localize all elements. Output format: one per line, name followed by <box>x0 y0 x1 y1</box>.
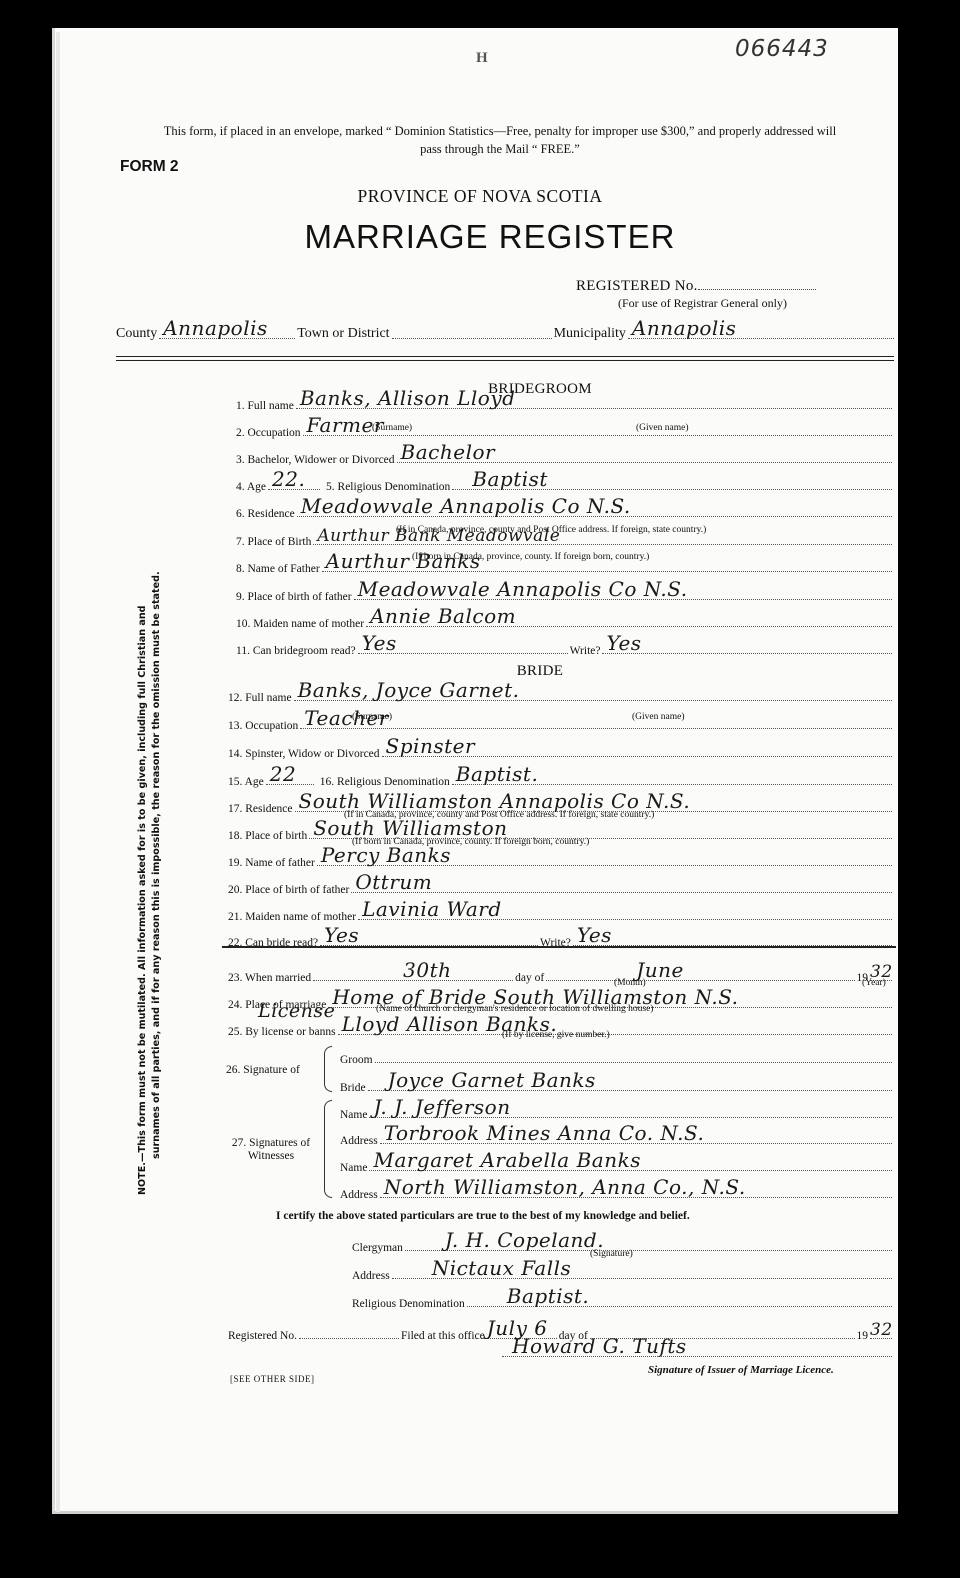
witness-1-address-field: Torbrook Mines Anna Co. N.S. <box>380 1143 892 1144</box>
issuer-signature-label: Signature of Issuer of Marriage Licence. <box>648 1364 834 1376</box>
groom-residence-label: 6. Residence <box>236 508 295 520</box>
municipality-field: Annapolis <box>628 338 894 339</box>
bride-birthplace-label: 18. Place of birth <box>228 830 307 842</box>
signature-hint: (Signature) <box>590 1249 633 1259</box>
clergyman-label: Clergyman <box>352 1242 403 1254</box>
bride-age-field: 22 <box>266 784 314 785</box>
groom-full-name-row: 1. Full name Banks, Allison Lloyd <box>236 400 894 412</box>
bride-status-value: Spinster <box>386 734 475 758</box>
witness-2-name-label: Name <box>340 1162 367 1174</box>
bride-residence-label: 17. Residence <box>228 803 293 815</box>
groom-mother-row: 10. Maiden name of mother Annie Balcom <box>236 618 894 630</box>
side-note: NOTE.—This form must not be mutilated. A… <box>136 570 164 1195</box>
province-heading: PROVINCE OF NOVA SCOTIA <box>200 186 760 207</box>
groom-status-label: 3. Bachelor, Widower or Divorced <box>236 454 395 466</box>
groom-father-label: 8. Name of Father <box>236 563 320 575</box>
groom-religion-value: Baptist <box>472 467 548 491</box>
witness-1-address-value: Torbrook Mines Anna Co. N.S. <box>384 1121 705 1145</box>
clergyman-address-label: Address <box>352 1270 390 1282</box>
filed-label: Filed at this office <box>401 1330 485 1342</box>
registered-number-field: REGISTERED No. <box>576 278 816 295</box>
bride-full-name-value: Banks, Joyce Garnet. <box>298 678 520 702</box>
groom-status-field: Bachelor <box>397 462 892 463</box>
bride-religion-label: 16. Religious Denomination <box>320 776 450 788</box>
groom-father-birthplace-row: 9. Place of birth of father Meadowvale A… <box>236 591 894 603</box>
groom-father-value: Aurthur Banks <box>326 549 481 573</box>
clergyman-address-field: Nictaux Falls <box>392 1278 892 1279</box>
groom-father-birthplace-value: Meadowvale Annapolis Co N.S. <box>358 577 688 601</box>
county-value: Annapolis <box>163 316 268 340</box>
witness-2-address-label: Address <box>340 1189 378 1201</box>
bride-occupation-field: Teacher <box>300 728 892 729</box>
witness-2-name-value: Margaret Arabella Banks <box>373 1148 641 1172</box>
groom-father-birthplace-label: 9. Place of birth of father <box>236 591 352 603</box>
year-hint: (Year) <box>862 978 886 988</box>
page-mark: H <box>476 50 488 67</box>
groom-occupation-label: 2. Occupation <box>236 427 301 439</box>
issuer-signature-field: Howard G. Tufts <box>502 1356 892 1357</box>
groom-father-field: Aurthur Banks <box>322 571 892 572</box>
clergyman-address-row: Address Nictaux Falls <box>352 1270 894 1282</box>
groom-age-value: 22. <box>272 467 305 491</box>
groom-full-name-label: 1. Full name <box>236 400 294 412</box>
bride-mother-row: 21. Maiden name of mother Lavinia Ward <box>228 911 894 923</box>
bride-mother-label: 21. Maiden name of mother <box>228 911 356 923</box>
municipality-value: Annapolis <box>632 316 737 340</box>
bride-signature-label: Bride <box>340 1082 366 1094</box>
municipality-label: Municipality <box>554 326 626 342</box>
town-label: Town or District <box>297 326 389 342</box>
bride-mother-field: Lavinia Ward <box>358 919 892 920</box>
bride-full-name-label: 12. Full name <box>228 692 292 704</box>
bride-age-label: 15. Age <box>228 776 264 788</box>
groom-read-value: Yes <box>362 631 397 655</box>
clergyman-denomination-label: Religious Denomination <box>352 1298 465 1310</box>
groom-mother-field: Annie Balcom <box>366 626 892 627</box>
marriage-day-field: 30th <box>313 980 513 981</box>
witnesses-label: 27. Signatures of Witnesses <box>226 1137 316 1163</box>
bride-father-label: 19. Name of father <box>228 857 315 869</box>
clergyman-denomination-field: Baptist. <box>467 1306 892 1307</box>
witness-1-address-label: Address <box>340 1135 378 1147</box>
bride-father-birthplace-row: 20. Place of birth of father Ottrum <box>228 884 894 896</box>
mail-notice: This form, if placed in an envelope, mar… <box>160 122 840 158</box>
filing-registered-no-label: Registered No. <box>228 1330 297 1342</box>
bride-father-row: 19. Name of father Percy Banks <box>228 857 894 869</box>
witness-1-name-label: Name <box>340 1109 367 1121</box>
clergyman-field: J. H. Copeland. <box>405 1250 892 1251</box>
bride-full-name-row: 12. Full name Banks, Joyce Garnet. <box>228 692 894 704</box>
groom-father-row: 8. Name of Father Aurthur Banks <box>236 563 894 575</box>
groom-birthplace-field: Aurthur Bank Meadowvale <box>313 544 892 545</box>
page-stack-edge <box>56 32 60 1512</box>
bride-father-birthplace-label: 20. Place of birth of father <box>228 884 349 896</box>
bride-father-birthplace-field: Ottrum <box>351 892 892 893</box>
groom-age-field: 22. <box>268 489 320 490</box>
groom-father-birthplace-field: Meadowvale Annapolis Co N.S. <box>354 599 892 600</box>
bride-section-divider <box>222 946 896 948</box>
groom-literacy-row: 11. Can bridegroom read? Yes Write? Yes <box>236 645 894 657</box>
bride-signature-field: Joyce Garnet Banks <box>368 1090 892 1091</box>
groom-age-religion-row: 4. Age 22. 5. Religious Denomination Bap… <box>236 481 894 493</box>
groom-read-label: 11. Can bridegroom read? <box>236 645 356 657</box>
bride-status-field: Spinster <box>382 756 892 757</box>
license-label: 25. By license or banns <box>228 1026 336 1038</box>
town-field <box>392 338 552 339</box>
marriage-month-field: June <box>546 980 854 981</box>
marriage-day-value: 30th <box>403 958 451 982</box>
filed-year-value: 32 <box>870 1320 893 1340</box>
certification-statement: I certify the above stated particulars a… <box>276 1210 690 1222</box>
groom-write-value: Yes <box>606 631 641 655</box>
clergyman-value: J. H. Copeland. <box>445 1228 604 1252</box>
groom-birthplace-row: 7. Place of Birth Aurthur Bank Meadowval… <box>236 536 894 548</box>
groom-write-field: Yes <box>602 653 892 654</box>
witnesses-label-line-1: 27. Signatures of <box>226 1137 316 1150</box>
filing-registered-no-field <box>299 1338 399 1339</box>
groom-occupation-value: Farmer <box>307 413 384 437</box>
groom-full-name-value: Banks, Allison Lloyd <box>300 386 516 410</box>
witness-2-address-row: Address North Williamston, Anna Co., N.S… <box>340 1189 894 1201</box>
filed-year-prefix: 19 <box>857 1330 869 1342</box>
bride-father-value: Percy Banks <box>321 843 451 867</box>
registered-number-blank <box>698 278 816 290</box>
signature-brace <box>324 1046 332 1092</box>
issuer-signature-row: Howard G. Tufts <box>500 1356 894 1360</box>
bride-father-field: Percy Banks <box>317 865 892 866</box>
bride-write-value: Yes <box>577 923 612 947</box>
groom-residence-value: Meadowvale Annapolis Co N.S. <box>301 494 631 518</box>
groom-occupation-row: 2. Occupation Farmer <box>236 427 894 439</box>
witness-2-address-value: North Williamston, Anna Co., N.S. <box>384 1175 746 1199</box>
bride-religion-field: Baptist. <box>452 784 892 785</box>
groom-full-name-field: Banks, Allison Lloyd <box>296 408 892 409</box>
witness-1-address-row: Address Torbrook Mines Anna Co. N.S. <box>340 1135 894 1147</box>
day-of-label: day of <box>515 972 544 984</box>
side-note-line-1: NOTE.—This form must not be mutilated. A… <box>136 570 150 1195</box>
license-hint: (If by license, give number.) <box>502 1030 610 1040</box>
groom-occupation-field: Farmer <box>303 435 892 436</box>
header-divider <box>116 356 894 361</box>
witness-1-name-row: Name J. J. Jefferson <box>340 1109 894 1121</box>
groom-signature-row: Groom <box>340 1054 894 1066</box>
groom-birthplace-value: Aurthur Bank Meadowvale <box>317 526 560 546</box>
registered-number-note: (For use of Registrar General only) <box>618 296 787 311</box>
bride-mother-value: Lavinia Ward <box>362 897 502 921</box>
groom-mother-label: 10. Maiden name of mother <box>236 618 364 630</box>
groom-write-label: Write? <box>570 645 601 657</box>
license-type-value: License <box>258 1000 335 1022</box>
groom-status-row: 3. Bachelor, Widower or Divorced Bachelo… <box>236 454 894 466</box>
groom-read-field: Yes <box>358 653 568 654</box>
page-title: MARRIAGE REGISTER <box>200 218 780 256</box>
bride-occupation-row: 13. Occupation Teacher <box>228 720 894 732</box>
serial-number: 066443 <box>735 36 829 62</box>
groom-status-value: Bachelor <box>401 440 496 464</box>
groom-signature-label: Groom <box>340 1054 373 1066</box>
clergyman-address-value: Nictaux Falls <box>432 1256 572 1280</box>
bride-status-label: 14. Spinster, Widow or Divorced <box>228 748 380 760</box>
signature-of-label: 26. Signature of <box>226 1064 300 1077</box>
bride-occupation-value: Teacher <box>304 706 389 730</box>
bride-full-name-field: Banks, Joyce Garnet. <box>294 700 892 701</box>
county-label: County <box>116 326 157 342</box>
side-note-line-2: surnames of all parties, and if for any … <box>150 570 164 1195</box>
bride-religion-value: Baptist. <box>456 762 539 786</box>
bride-occupation-label: 13. Occupation <box>228 720 298 732</box>
bride-status-row: 14. Spinster, Widow or Divorced Spinster <box>228 748 894 760</box>
groom-residence-row: 6. Residence Meadowvale Annapolis Co N.S… <box>236 508 894 520</box>
groom-birthplace-label: 7. Place of Birth <box>236 536 311 548</box>
witness-2-address-field: North Williamston, Anna Co., N.S. <box>380 1197 892 1198</box>
filed-year-field: 32 <box>870 1338 892 1339</box>
bride-father-birthplace-value: Ottrum <box>355 870 432 894</box>
county-field: Annapolis <box>159 338 295 339</box>
witnesses-label-line-2: Witnesses <box>226 1150 316 1163</box>
bride-signature-row: Bride Joyce Garnet Banks <box>340 1082 894 1094</box>
bride-read-value: Yes <box>324 923 359 947</box>
see-other-side-note: [SEE OTHER SIDE] <box>230 1374 315 1384</box>
clergyman-denomination-row: Religious Denomination Baptist. <box>352 1298 894 1310</box>
form-number: FORM 2 <box>120 158 179 176</box>
witness-1-name-value: J. J. Jefferson <box>373 1095 510 1119</box>
location-row: County Annapolis Town or District Munici… <box>116 326 896 342</box>
registered-number-label: REGISTERED No. <box>576 278 698 294</box>
clergyman-denomination-value: Baptist. <box>507 1284 590 1308</box>
groom-residence-field: Meadowvale Annapolis Co N.S. <box>297 516 892 517</box>
bride-signature-value: Joyce Garnet Banks <box>388 1068 596 1092</box>
witness-2-name-row: Name Margaret Arabella Banks <box>340 1162 894 1174</box>
groom-age-label: 4. Age <box>236 481 266 493</box>
groom-religion-label: 5. Religious Denomination <box>326 481 450 493</box>
witnesses-brace <box>324 1100 332 1198</box>
license-field: Lloyd Allison Banks. <box>338 1034 892 1035</box>
when-married-row: 23. When married 30th day of June 19 32 <box>228 972 894 984</box>
groom-religion-field: Baptist <box>452 489 892 490</box>
when-married-label: 23. When married <box>228 972 311 984</box>
bride-age-value: 22 <box>270 762 296 786</box>
issuer-signature-value: Howard G. Tufts <box>512 1334 687 1358</box>
witness-2-name-field: Margaret Arabella Banks <box>369 1170 892 1171</box>
groom-signature-field <box>375 1062 892 1063</box>
groom-mother-value: Annie Balcom <box>370 604 516 628</box>
bride-age-religion-row: 15. Age 22 16. Religious Denomination Ba… <box>228 776 894 788</box>
witness-1-name-field: J. J. Jefferson <box>369 1117 892 1118</box>
